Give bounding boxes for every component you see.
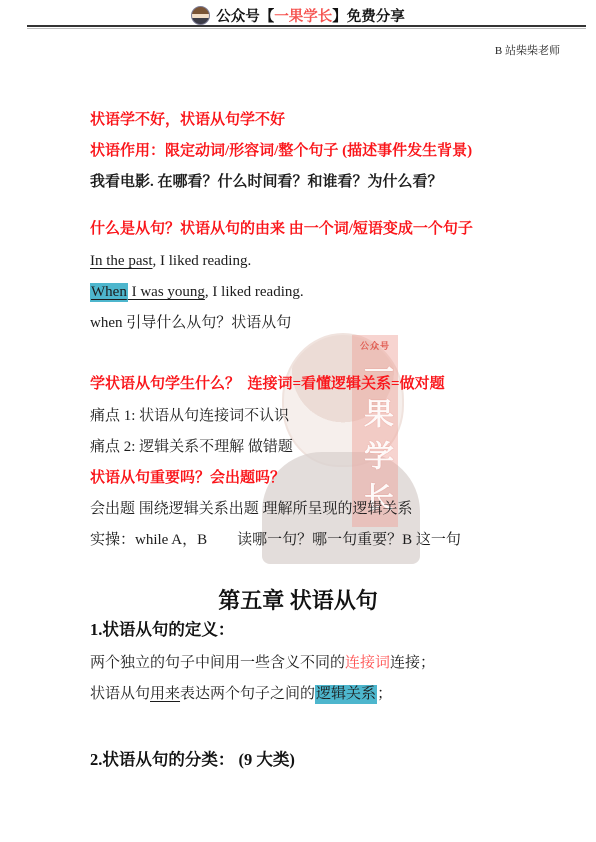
importance-heading: 状语从句重要吗？会出题吗？ — [90, 468, 566, 488]
origin-example-2: When I was young, I liked reading. — [90, 282, 566, 302]
intro-example: 我看电影. 在哪看？什么时间看？和谁看？为什么看？ — [90, 172, 566, 192]
header-brand: 一果学长 — [274, 9, 332, 25]
definition-heading: 1.状语从句的定义： — [90, 620, 566, 640]
definition-line-1: 两个独立的句子中间用一些含义不同的连接词连接； — [90, 653, 566, 673]
classification-heading: 2.状语从句的分类： (9 大类) — [90, 750, 566, 770]
document-page: 公众号 一果学长 公众号【一果学长】免费分享 B 站柴柴老师 状语学不好，状语从… — [0, 0, 596, 842]
origin-heading: 什么是从句？状语从句的由来 由一个词/短语变成一个句子 — [90, 219, 566, 239]
definition-line-2-c: ； — [377, 686, 392, 702]
origin-example-2-highlight: When — [90, 283, 128, 302]
learn-pain-1: 痛点 1: 状语从句连接词不认识 — [90, 406, 566, 426]
boy-avatar-icon — [191, 6, 210, 25]
intro-heading-1: 状语学不好，状语从句学不好 — [90, 110, 566, 130]
header-title-prefix: 公众号【 — [216, 9, 274, 25]
origin-example-2-underlined: When I was young — [90, 283, 205, 302]
header-rule — [27, 25, 586, 29]
definition-line-1-a: 两个独立的句子中间用一些含义不同的 — [90, 655, 345, 671]
origin-example-2-underlined-rest: I was young — [128, 284, 205, 300]
header-title: 公众号【一果学长】免费分享 — [216, 5, 405, 26]
author-label: B 站柴柴老师 — [495, 42, 560, 58]
definition-line-2-a: 状语从句 — [90, 686, 150, 702]
definition-line-1-b: 连接； — [390, 655, 435, 671]
origin-example-1-underlined: In the past — [90, 253, 152, 269]
origin-example-2-rest: , I liked reading. — [205, 284, 304, 300]
definition-line-2-b: 表达两个句子之间的 — [180, 686, 315, 702]
chapter-title: 第五章 状语从句 — [0, 584, 596, 615]
importance-line-2: 实操：while A，B 读哪一句？哪一句重要？B 这一句 — [90, 530, 566, 550]
watermark-banner-small-label: 公众号 — [360, 339, 390, 352]
importance-line-1: 会出题 围绕逻辑关系出题 理解所呈现的逻辑关系 — [90, 499, 566, 519]
origin-example-1: In the past, I liked reading. — [90, 251, 566, 271]
intro-heading-2: 状语作用：限定动词/形容词/整个句子 (描述事件发生背景) — [90, 141, 566, 161]
definition-line-1-red: 连接词 — [345, 655, 390, 671]
learn-heading: 学状语从句学生什么？ 连接词=看懂逻辑关系=做对题 — [90, 374, 566, 394]
origin-note: when 引导什么从句？状语从句 — [90, 313, 566, 333]
header-title-suffix: 】免费分享 — [332, 9, 405, 25]
definition-line-2-highlight: 逻辑关系 — [315, 685, 377, 704]
definition-line-2: 状语从句用来表达两个句子之间的逻辑关系； — [90, 684, 566, 704]
origin-example-1-rest: , I liked reading. — [152, 253, 251, 269]
learn-pain-2: 痛点 2: 逻辑关系不理解 做错题 — [90, 437, 566, 457]
definition-line-2-underlined: 用来 — [150, 686, 180, 702]
